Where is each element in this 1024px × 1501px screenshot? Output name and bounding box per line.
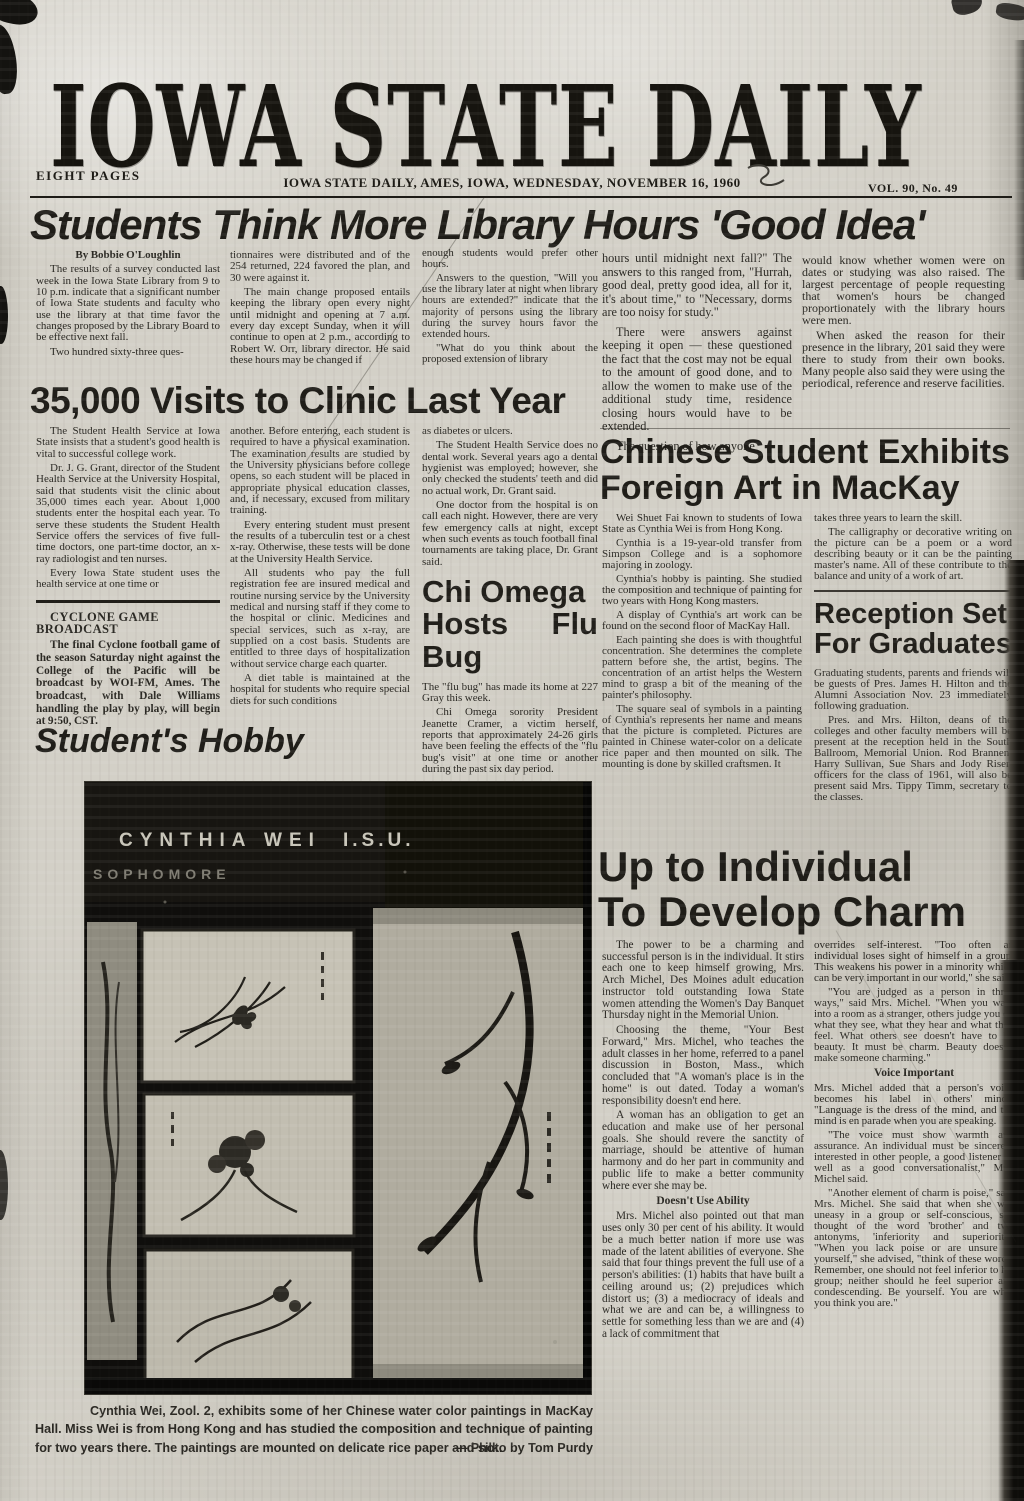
hobby-photo: CYNTHIA WEI I.S.U. SOPHOMORE xyxy=(85,782,591,1394)
corner-smudge-tr-2 xyxy=(995,1,1024,22)
paragraph: enough students would prefer other hours… xyxy=(422,248,598,270)
cyclone-box-title: CYCLONE GAME BROADCAST xyxy=(36,611,220,637)
volume-number: VOL. 90, No. 49 xyxy=(868,181,958,196)
paragraph: tionnaires were distributed and of the 2… xyxy=(230,250,410,284)
paragraph: Graduating students, parents and friends… xyxy=(814,668,1012,712)
clinic-col1-text: The Student Health Service at Iowa State… xyxy=(36,426,220,591)
lead-column-2: tionnaires were distributed and of the 2… xyxy=(230,250,410,369)
paragraph: overrides self-interest. "Too often an i… xyxy=(814,940,1014,984)
clinic-column-2: another. Before entering, each student i… xyxy=(230,426,410,710)
paragraph: Answers to the question, "Will you use t… xyxy=(422,273,598,340)
charm-headline: Up to Individual To Develop Charm xyxy=(598,845,1018,934)
paragraph: Choosing the theme, "Your Best Forward,"… xyxy=(602,1025,804,1107)
chi-omega-headline-line2: Hosts Flu Bug xyxy=(422,608,598,673)
charm-headline-line2: To Develop Charm xyxy=(598,890,1018,935)
paragraph: hours until midnight next fall?" The ans… xyxy=(602,252,792,320)
paragraph: Wei Shuet Fai known to students of Iowa … xyxy=(602,513,802,535)
paragraph: Mrs. Michel added that a person's voice … xyxy=(814,1083,1014,1127)
masthead-title: IOWA STATE DAILY xyxy=(50,72,922,184)
corner-smudge-tr-1 xyxy=(950,0,984,17)
paragraph: A display of Cynthia's art work can be f… xyxy=(602,610,802,632)
paragraph: The Student Health Service does no denta… xyxy=(422,440,598,497)
chi-omega-text: The "flu bug" has made its home at 227 G… xyxy=(422,682,598,776)
paragraph: Each painting she does is with thoughtfu… xyxy=(602,635,802,701)
paragraph: Pres. and Mrs. Hilton, deans of the coll… xyxy=(814,715,1012,803)
paragraph: The main change proposed entails keeping… xyxy=(230,287,410,366)
photo-caption: Cynthia Wei, Zool. 2, exhibits some of h… xyxy=(35,1402,593,1457)
lead-column-3: enough students would prefer other hours… xyxy=(422,248,598,368)
charm-col2-subhead: Voice Important xyxy=(814,1068,1014,1080)
clinic-column-3: as diabetes or ulcers.The Student Health… xyxy=(422,426,598,778)
charm-col2-text: overrides self-interest. "Too often an i… xyxy=(814,940,1014,1064)
paragraph: When asked the reason for their presence… xyxy=(802,329,1005,389)
paragraph: The power to be a charming and successfu… xyxy=(602,940,804,1022)
cyclone-box-body: The final Cyclone football game of the s… xyxy=(36,639,220,727)
corner-smudge-tl xyxy=(0,0,41,28)
clinic-col3-text: as diabetes or ulcers.The Student Health… xyxy=(422,426,598,568)
charm-col2-text2: Mrs. Michel added that a person's voice … xyxy=(814,1083,1014,1309)
clinic-column-1: The Student Health Service at Iowa State… xyxy=(36,426,220,728)
box-divider xyxy=(36,600,220,603)
paragraph: There were answers against keeping it op… xyxy=(602,326,792,434)
paragraph: One doctor from the hospital is on call … xyxy=(422,500,598,568)
hobby-headline: Student's Hobby xyxy=(35,722,304,761)
chi-omega-headline-line1: Chi Omega xyxy=(422,576,598,609)
paragraph: The square seal of symbols in a painting… xyxy=(602,704,802,770)
paragraph: Every Iowa State student uses the health… xyxy=(36,568,220,591)
edge-smudge-left-2 xyxy=(0,286,8,344)
byline: By Bobbie O'Loughlin xyxy=(36,250,220,261)
photo-label-class: SOPHOMORE xyxy=(93,866,231,882)
reception-rule xyxy=(814,590,1012,592)
lead-headline: Students Think More Library Hours 'Good … xyxy=(30,201,924,249)
paragraph: The calligraphy or decorative writing on… xyxy=(814,527,1012,582)
paragraph: The "flu bug" has made its home at 227 G… xyxy=(422,682,598,705)
masthead-rule xyxy=(30,196,1012,198)
charm-col1-subhead: Doesn't Use Ability xyxy=(602,1196,804,1208)
chi-omega-headline: Chi Omega Hosts Flu Bug xyxy=(422,576,598,674)
paragraph: All students who pay the full registrati… xyxy=(230,568,410,670)
edge-smudge-left-3 xyxy=(0,1150,8,1220)
paragraph: another. Before entering, each student i… xyxy=(230,426,410,517)
lead-col1-text: The results of a survey conducted last w… xyxy=(36,264,220,358)
section-rule xyxy=(600,428,1010,429)
chinese-headline: Chinese Student Exhibits Foreign Art in … xyxy=(600,434,1016,506)
charm-headline-line1: Up to Individual xyxy=(598,845,1018,890)
paragraph: "You are judged as a person in three way… xyxy=(814,987,1014,1064)
charm-col1-text: The power to be a charming and successfu… xyxy=(602,940,804,1192)
chinese-headline-line1: Chinese Student Exhibits xyxy=(600,434,1016,470)
paragraph: Cynthia is a 19-year-old transfer from S… xyxy=(602,538,802,571)
paragraph: would know whether women were on dates o… xyxy=(802,254,1005,326)
paragraph: "The voice must show warmth and assuranc… xyxy=(814,1130,1014,1185)
reception-text: Graduating students, parents and friends… xyxy=(814,668,1012,803)
paragraph: Chi Omega sorority President Jeanette Cr… xyxy=(422,707,598,775)
reception-headline-line2: For Graduates xyxy=(814,629,1012,659)
paragraph: "Another element of charm is poise," sai… xyxy=(814,1188,1014,1309)
clinic-headline: 35,000 Visits to Clinic Last Year xyxy=(30,380,565,422)
chinese-headline-line2: Foreign Art in MacKay xyxy=(600,470,1016,506)
edge-smudge-left-1 xyxy=(0,23,21,96)
chinese-column-2: takes three years to learn the skill.The… xyxy=(814,513,1012,806)
lead-column-5: would know whether women were on dates o… xyxy=(802,254,1005,392)
paragraph: A woman has an obligation to get an educ… xyxy=(602,1110,804,1192)
paragraph: Every entering student must present the … xyxy=(230,520,410,565)
chinese-col2-text: takes three years to learn the skill.The… xyxy=(814,513,1012,582)
charm-col1-text2: Mrs. Michel also pointed out that man us… xyxy=(602,1211,804,1340)
paragraph: The Student Health Service at Iowa State… xyxy=(36,426,220,460)
paragraph: as diabetes or ulcers. xyxy=(422,426,598,437)
paragraph: Two hundred sixty-three ques- xyxy=(36,347,220,358)
paragraph: Mrs. Michel also pointed out that man us… xyxy=(602,1211,804,1340)
paragraph: The results of a survey conducted last w… xyxy=(36,264,220,343)
edge-shadow-right-top xyxy=(1014,40,1024,280)
reception-headline: Reception Set For Graduates xyxy=(814,599,1012,660)
newspaper-front-page: IOWA STATE DAILY EIGHT PAGES IOWA STATE … xyxy=(0,0,1024,1501)
paragraph: Dr. J. G. Grant, director of the Student… xyxy=(36,463,220,565)
cyclone-box-text: The final Cyclone football game of the s… xyxy=(36,639,220,727)
reception-headline-line1: Reception Set xyxy=(814,599,1012,629)
paragraph: A diet table is maintained at the hospit… xyxy=(230,673,410,707)
charm-column-2: overrides self-interest. "Too often an i… xyxy=(814,940,1014,1312)
photo-label-name: CYNTHIA WEI xyxy=(119,830,321,852)
paragraph: Cynthia's hobby is painting. She studied… xyxy=(602,574,802,607)
chinese-column-1: Wei Shuet Fai known to students of Iowa … xyxy=(602,513,802,773)
paragraph: takes three years to learn the skill. xyxy=(814,513,1012,524)
pen-mark xyxy=(742,158,790,194)
photo-label-school: I.S.U. xyxy=(343,830,415,852)
charm-column-1: The power to be a charming and successfu… xyxy=(602,940,804,1343)
paragraph: "What do you think about the proposed ex… xyxy=(422,343,598,365)
lead-column-1: By Bobbie O'Loughlin The results of a su… xyxy=(36,250,220,361)
